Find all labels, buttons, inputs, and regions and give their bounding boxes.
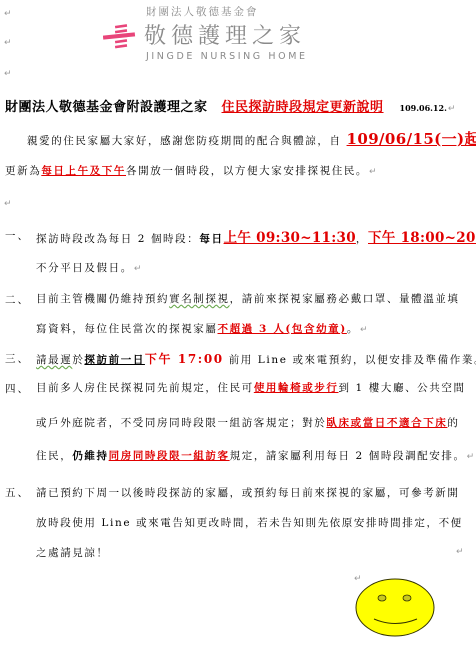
title-date: 109.06.12. xyxy=(400,103,447,113)
am-time-slot: 上午 09:30~11:30 xyxy=(224,230,356,246)
paragraph-mark: ↵ xyxy=(4,38,12,48)
logo-foundation-text: 財團法人敬德基金會 xyxy=(146,4,259,19)
paragraph-mark: ↵ xyxy=(4,199,12,209)
pm-time-slot: 下午 18:00~20:00 xyxy=(368,230,476,246)
intro-text: 各開放一個時段，以方便大家安排探視住民。 xyxy=(126,165,368,177)
item-text: 住民， xyxy=(36,450,72,462)
item-number-2: 二、 xyxy=(5,292,30,307)
item-text: 於 xyxy=(72,354,84,366)
logo-name-text: 敬德護理之家 xyxy=(144,19,306,50)
item-3-line-1: 請最遲於探訪前一日下午 17:00 前用 Line 或來電預約，以便安排及準備作… xyxy=(36,350,476,367)
one-group-per-room-highlight: 同房同時段限一組訪客 xyxy=(109,450,230,462)
paragraph-mark: ↵ xyxy=(4,9,12,19)
intro-line-2: 更新為每日上午及下午各開放一個時段，以方便大家安排探視住民。↵ xyxy=(5,163,378,178)
intro-text: 更新為 xyxy=(5,165,41,177)
paragraph-mark: ↵ xyxy=(360,325,369,335)
item-number-5: 五、 xyxy=(5,485,30,500)
booking-deadline-time: 下午 17:00 xyxy=(145,352,224,366)
spellcheck-flagged-text: 請最遲 xyxy=(36,354,72,366)
item-number-4: 四、 xyxy=(5,381,30,396)
spellcheck-flagged-text: 實名制探視 xyxy=(169,293,230,305)
item-bold-text: 仍維持 xyxy=(72,450,108,462)
item-text: 目前多人房住民探視同先前規定，住民可 xyxy=(36,382,254,394)
title-subject: 住民探訪時段規定更新說明 xyxy=(222,100,384,115)
item-5-line-2: 放時段使用 Line 或來電告知更改時間，若未告知則先依原安排時間排定，不便 xyxy=(36,515,463,530)
item-number-3: 三、 xyxy=(5,351,30,366)
paragraph-mark: ↵ xyxy=(448,104,456,114)
item-text: 探訪時段改為每日 2 個時段： xyxy=(36,233,199,245)
nursing-home-logo: 財團法人敬德基金會 敬德護理之家 JINGDE NURSING HOME xyxy=(103,2,353,64)
paragraph-mark: ↵ xyxy=(369,167,378,177)
logo-mark-icon xyxy=(103,23,137,49)
item-4-line-2: 或戶外庭院者，不受同房同時段限一組訪客規定；對於臥床或當日不適合下床的 xyxy=(36,415,460,430)
item-4-line-1: 目前多人房住民探視同先前規定，住民可使用輪椅或步行到 1 樓大廳、公共空間 xyxy=(36,380,466,395)
intro-line-1: 親愛的住民家屬大家好，感謝您防疫期間的配合與體諒，自 109/06/15(一)起… xyxy=(27,128,476,149)
wheelchair-walking-highlight: 使用輪椅或步行 xyxy=(254,382,339,394)
item-2-line-1: 目前主管機關仍維持預約實名制探視，請前來探視家屬務必戴口罩、量體溫並填 xyxy=(36,291,460,306)
item-number-1: 一、 xyxy=(5,228,30,243)
visitor-limit-highlight: 不超過 3 人(包含幼童) xyxy=(218,323,347,335)
paragraph-mark: ↵ xyxy=(456,547,464,557)
item-1-line-1: 探訪時段改為每日 2 個時段：每日上午 09:30~11:30，下午 18:00… xyxy=(36,226,476,246)
item-text: 目前主管機關仍維持預約 xyxy=(36,293,169,305)
smiley-face-icon xyxy=(355,578,435,637)
paragraph-mark: ↵ xyxy=(467,452,476,462)
paragraph-mark: ↵ xyxy=(134,264,143,274)
item-text: 到 1 樓大廳、公共空間 xyxy=(339,382,466,394)
item-bold-text: 每日 xyxy=(199,233,223,245)
logo-english-text: JINGDE NURSING HOME xyxy=(146,51,308,62)
item-2-line-2: 寫資料，每位住民當次的探視家屬不超過 3 人(包含幼童)。↵ xyxy=(36,321,369,336)
document-title: 財團法人敬德基金會附設護理之家住民探訪時段規定更新說明109.06.12.↵ xyxy=(5,96,475,116)
start-date-highlight: 109/06/15(一)起 xyxy=(347,130,476,148)
item-text: 前用 Line 或來電預約，以便安排及準備作業。 xyxy=(224,354,476,366)
day-before-visit-text: 探訪前一日 xyxy=(84,354,145,366)
item-text: 寫資料，每位住民當次的探視家屬 xyxy=(36,323,218,335)
bedridden-highlight: 臥床或當日不適合下床 xyxy=(326,417,447,429)
daily-am-pm-highlight: 每日上午及下午 xyxy=(41,165,126,177)
item-text: 或戶外庭院者，不受同房同時段限一組訪客規定；對於 xyxy=(36,417,326,429)
intro-text: 親愛的住民家屬大家好，感謝您防疫期間的配合與體諒，自 xyxy=(27,135,347,147)
item-text: 不分平日及假日。 xyxy=(36,262,133,274)
title-organization: 財團法人敬德基金會附設護理之家 xyxy=(5,100,208,115)
item-text: ， xyxy=(356,233,368,245)
item-1-line-2: 不分平日及假日。↵ xyxy=(36,260,143,275)
item-text: ，請前來探視家屬務必戴口罩、量體溫並填 xyxy=(230,293,460,305)
item-5-line-1: 請已預約下周一以後時段探訪的家屬，或預約每日前來探視的家屬，可參考新開 xyxy=(36,485,460,500)
item-text: 的 xyxy=(447,417,459,429)
item-text: 。 xyxy=(347,323,359,335)
item-4-line-3: 住民，仍維持同房同時段限一組訪客規定，請家屬利用每日 2 個時段調配安排。↵ xyxy=(36,448,476,463)
item-5-line-3: 之處請見諒！ xyxy=(36,545,109,560)
item-text: 規定，請家屬利用每日 2 個時段調配安排。 xyxy=(230,450,466,462)
paragraph-mark: ↵ xyxy=(4,69,12,79)
